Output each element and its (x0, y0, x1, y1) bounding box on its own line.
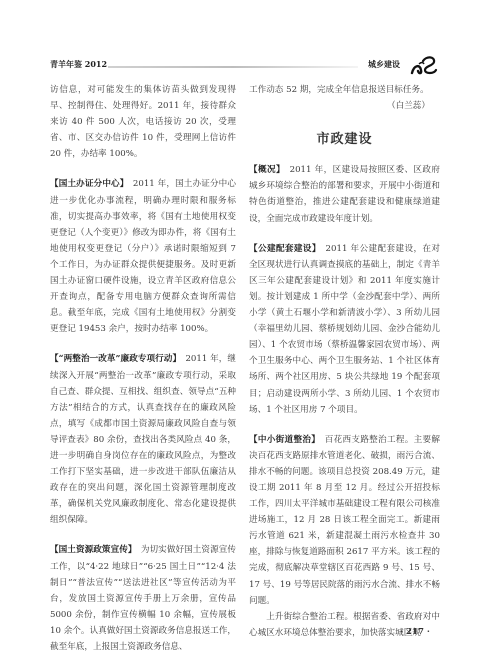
paragraph-overview: 【概况】 2011 年，区建设局按照区委、区政府城乡环境综合整治的部署和要求，开… (249, 162, 440, 226)
yearbook-title: 青羊年鉴 2012 (50, 59, 107, 70)
right-column: 工作动态 52 期，完成全年信息报送目标任务。 （白兰蕊） 市政建设 【概况】 … (249, 82, 440, 641)
heading-street-renovation: 【中小街道整治】 (249, 435, 316, 445)
paragraph-anticorruption-campaign: 【“两整治一改革”廉政专项行动】 2011 年，继续深入开展“两整治一改革”廉政… (50, 351, 236, 528)
paragraph-street-renovation: 【中小街道整治】 百花西支路整治工程。主要解决百花西支路原排水管道老化、破损，雨… (249, 432, 440, 609)
paragraph-public-facilities: 【公建配套建设】 2011 年公建配套建设，在对全区现状进行认真调查摸底的基础上… (249, 241, 440, 418)
paragraph-info-continuation: 工作动态 52 期，完成全年信息报送目标任务。 (249, 82, 440, 98)
heading-policy-promotion: 【国土资源政策宣传】 (50, 545, 132, 555)
section-name: 城乡建设 (368, 59, 400, 70)
page-number: · 217 · (400, 627, 430, 637)
heading-overview: 【概况】 (249, 165, 281, 175)
paragraph-land-certificate-center: 【国土办证分中心】 2011 年，国土办证分中心进一步优化办事流程，明确办理时限… (50, 176, 236, 337)
heading-anticorruption-campaign: 【“两整治一改革”廉政专项行动】 (50, 354, 177, 364)
text-street-renovation: 百花西支路整治工程。主要解决百花西支路原排水管道老化、破损，雨污合流、排水不畅的… (249, 435, 440, 606)
author-credit: （白兰蕊） (249, 98, 440, 114)
paragraph-petition-info: 访信息，对可能发生的集体访苗头做到发现得早、控制得住、处理得好。2011 年，接… (50, 82, 236, 162)
left-column: 访信息，对可能发生的集体访苗头做到发现得早、控制得住、处理得好。2011 年，接… (50, 82, 236, 655)
heading-land-certificate-center: 【国土办证分中心】 (50, 179, 124, 189)
heading-public-facilities: 【公建配套建设】 (249, 244, 317, 254)
text-anticorruption-campaign: 2011 年，继续深入开展“两整治一改革”廉政专项行动，采取自己查、群众提、互相… (50, 354, 236, 525)
header-rule (108, 66, 358, 68)
calligraphic-swirl-icon (410, 55, 438, 75)
section-title-municipal-construction: 市政建设 (249, 132, 440, 148)
text-public-facilities: 2011 年公建配套建设，在对全区现状进行认真调查摸底的基础上，制定《青羊区三年… (249, 244, 440, 415)
text-policy-promotion: 为切实做好国土资源宣传工作，以“4·22 地球日”“6·25 国土日”“12·4… (50, 545, 236, 652)
text-land-certificate-center: 2011 年，国土办证分中心进一步优化办事流程，明确办理时限和服务标准，切实提高… (50, 179, 236, 334)
page-header: 青羊年鉴 2012 城乡建设 (50, 55, 440, 75)
paragraph-policy-promotion: 【国土资源政策宣传】 为切实做好国土资源宣传工作，以“4·22 地球日”“6·2… (50, 542, 236, 655)
